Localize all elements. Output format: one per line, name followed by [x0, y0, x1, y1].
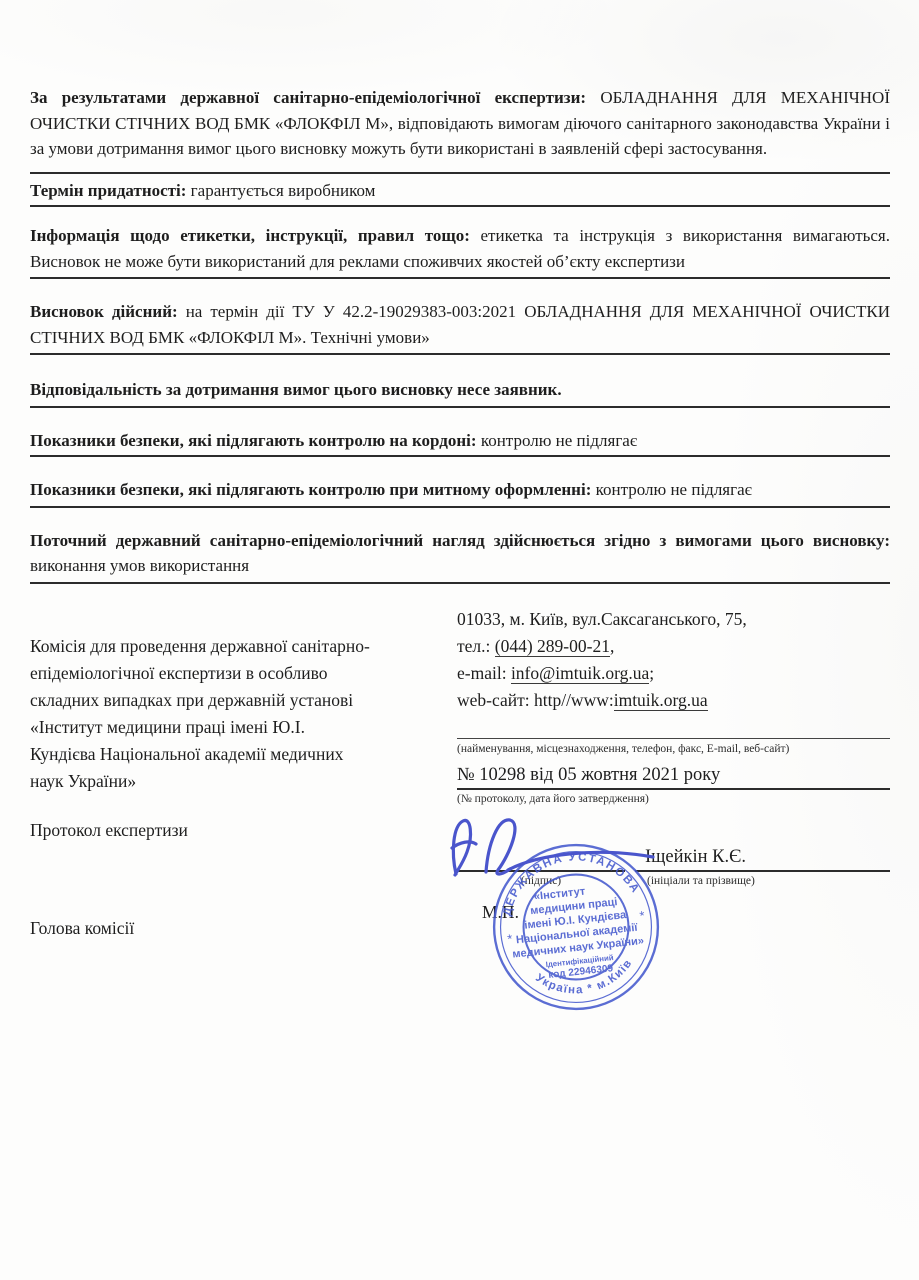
section-border-control: Показники безпеки, які підлягають контро… — [30, 428, 890, 458]
commission-block: Комісія для проведення державної санітар… — [30, 606, 890, 969]
section-shelf-life: Термін придатності: гарантується виробни… — [30, 178, 890, 208]
commission-name: Комісія для проведення державної санітар… — [30, 636, 370, 791]
section-conclusion-validity: Висновок дійсний: на термін дії ТУ У 42.… — [30, 299, 890, 355]
section-lead: Показники безпеки, які підлягають контро… — [30, 431, 477, 450]
website-prefix: web-сайт: http//www: — [457, 690, 614, 710]
email-address: info@imtuik.org.ua — [511, 663, 649, 684]
phone-line: тел.: (044) 289-00-21, — [457, 633, 890, 660]
phone-suffix: , — [610, 636, 614, 656]
section-responsibility: Відповідальність за дотримання вимог цьо… — [30, 377, 890, 408]
handwritten-signature — [446, 814, 666, 886]
phone-prefix: тел.: — [457, 636, 495, 656]
section-lead: За результатами державної санітарно-епід… — [30, 88, 586, 107]
website-line: web-сайт: http//www:imtuik.org.ua — [457, 687, 890, 714]
section-text: контролю не підлягає — [596, 480, 752, 499]
document-page: За результатами державної санітарно-епід… — [0, 0, 919, 1280]
section-current-supervision: Поточний державний санітарно-епідеміолог… — [30, 528, 890, 584]
email-prefix: e-mail: — [457, 663, 511, 683]
email-suffix: ; — [649, 663, 654, 683]
phone-number: (044) 289-00-21 — [495, 636, 610, 657]
commission-column: Комісія для проведення державної санітар… — [30, 606, 455, 969]
stamp-right-star-icon: * — [638, 908, 646, 924]
section-text: контролю не підлягає — [481, 431, 637, 450]
section-lead: Показники безпеки, які підлягають контро… — [30, 480, 591, 499]
contact-caption: (найменування, місцезнаходження, телефон… — [457, 738, 890, 756]
protocol-label: Протокол експертизи — [30, 817, 455, 844]
email-line: e-mail: info@imtuik.org.ua; — [457, 660, 890, 687]
section-lead: Термін придатності: — [30, 181, 186, 200]
section-text: виконання умов використання — [30, 556, 249, 575]
section-lead: Поточний державний санітарно-епідеміолог… — [30, 531, 890, 550]
protocol-caption: (№ протоколу, дата його затвердження) — [457, 792, 890, 806]
section-label-info: Інформація щодо етикетки, інструкції, пр… — [30, 223, 890, 279]
name-caption: (ініціали та прізвище) — [635, 872, 890, 888]
section-lead: Висновок дійсний: — [30, 302, 178, 321]
chair-role-label: Голова комісії — [30, 915, 455, 942]
protocol-number: № 10298 від 05 жовтня 2021 року — [457, 764, 890, 790]
protocol-row: № 10298 від 05 жовтня 2021 року (№ прото… — [457, 764, 890, 806]
section-text: гарантується виробником — [191, 181, 376, 200]
address-line: 01033, м. Київ, вул.Саксаганського, 75, — [457, 606, 890, 633]
stamp-left-star-icon: * — [506, 931, 514, 947]
website-address: imtuik.org.ua — [614, 690, 708, 711]
section-lead: Відповідальність за дотримання вимог цьо… — [30, 380, 562, 399]
section-expertise-result: За результатами державної санітарно-епід… — [30, 0, 890, 174]
chair-name: Іщейкін К.Є. — [635, 846, 890, 872]
section-lead: Інформація щодо етикетки, інструкції, пр… — [30, 226, 470, 245]
section-customs-control: Показники безпеки, які підлягають контро… — [30, 477, 890, 508]
